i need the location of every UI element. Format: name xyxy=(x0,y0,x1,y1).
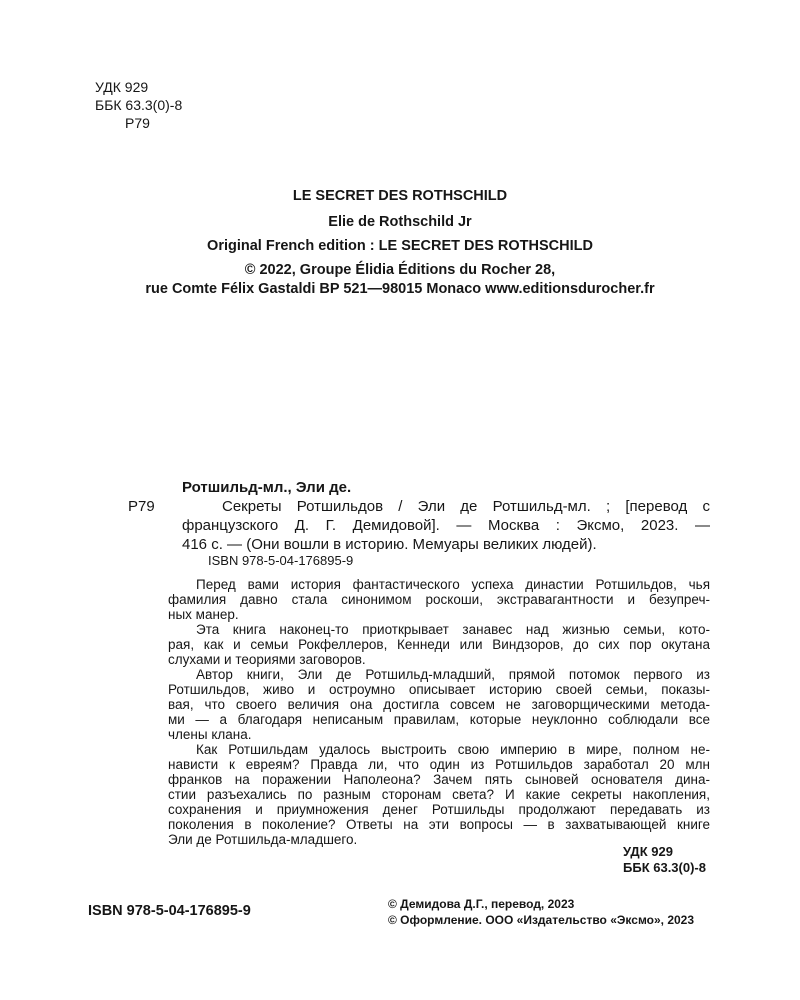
bbk-code-top: ББК 63.3(0)-8 xyxy=(95,96,182,114)
annotation-line: нависти к евреям? Правда ли, что один из… xyxy=(168,757,710,772)
bibliographic-description: Секреты Ротшильдов / Эли де Ротшильд-мл.… xyxy=(182,497,710,554)
original-edition-note: Original French edition : LE SECRET DES … xyxy=(0,238,800,254)
annotation-line: стии разъехались по разным сторонам свет… xyxy=(168,787,710,802)
text-line: Секреты Ротшильдов / Эли де Ротшильд-мл.… xyxy=(182,497,710,516)
original-copyright-line1: © 2022, Groupe Élidia Éditions du Rocher… xyxy=(0,262,800,278)
french-edition-block: LE SECRET DES ROTHSCHILD Elie de Rothsch… xyxy=(0,188,800,297)
bibliographic-record: Ротшильд-мл., Эли де. Секреты Ротшильдов… xyxy=(182,478,710,554)
annotation-line: члены клана. xyxy=(168,727,710,742)
text-line: французского Д. Г. Демидовой]. — Москва … xyxy=(182,516,710,535)
bbk-code-bottom: ББК 63.3(0)-8 xyxy=(623,860,706,876)
author-sign-margin: Р79 xyxy=(128,498,155,515)
top-classification-codes: УДК 929 ББК 63.3(0)-8 Р79 xyxy=(95,78,182,132)
bibliographic-heading: Ротшильд-мл., Эли де. xyxy=(182,478,710,497)
annotation-line: фамилия давно стала синонимом роскоши, э… xyxy=(168,592,710,607)
annotation-line: Ротшильдов, живо и остроумно описывает и… xyxy=(168,682,710,697)
annotation-text: Перед вами история фантастического успех… xyxy=(168,577,710,847)
text-line: 416 с. — (Они вошли в историю. Мемуары в… xyxy=(182,535,710,554)
isbn-footer: ISBN 978-5-04-176895-9 xyxy=(88,903,251,919)
udk-code-top: УДК 929 xyxy=(95,78,182,96)
udk-code-bottom: УДК 929 xyxy=(623,844,706,860)
annotation-line: Эта книга наконец-то приоткрывает занаве… xyxy=(168,622,710,637)
original-author: Elie de Rothschild Jr xyxy=(0,214,800,230)
annotation-line: поколения в поколение? Ответы на эти воп… xyxy=(168,817,710,832)
bottom-classification-codes: УДК 929 ББК 63.3(0)-8 xyxy=(623,844,706,876)
annotation-line: ми — а благодаря неписаным правилам, кот… xyxy=(168,712,710,727)
annotation-line: франков на поражении Наполеона? Зачем пя… xyxy=(168,772,710,787)
annotation-line: слухами и теориями заговоров. xyxy=(168,652,710,667)
original-copyright-line2: rue Comte Félix Gastaldi BP 521—98015 Mo… xyxy=(0,281,800,297)
author-sign-top: Р79 xyxy=(95,114,182,132)
original-title: LE SECRET DES ROTHSCHILD xyxy=(0,188,800,204)
text-line: © Оформление. ООО «Издательство «Эксмо»,… xyxy=(388,912,694,928)
annotation-line: Как Ротшильдам удалось выстроить свою им… xyxy=(168,742,710,757)
annotation-line: вая, что своего величия она достигла сов… xyxy=(168,697,710,712)
annotation-line: рая, как и семьи Рокфеллеров, Кеннеди ил… xyxy=(168,637,710,652)
annotation-line: Автор книги, Эли де Ротшильд-младший, пр… xyxy=(168,667,710,682)
annotation-line: сохранения и приумножения денег Ротшильд… xyxy=(168,802,710,817)
annotation-line: Перед вами история фантастического успех… xyxy=(168,577,710,592)
text-line: © Демидова Д.Г., перевод, 2023 xyxy=(388,896,694,912)
annotation-line: ных манер. xyxy=(168,607,710,622)
isbn-record: ISBN 978-5-04-176895-9 xyxy=(208,553,353,568)
copyright-block: © Демидова Д.Г., перевод, 2023© Оформлен… xyxy=(388,896,694,928)
